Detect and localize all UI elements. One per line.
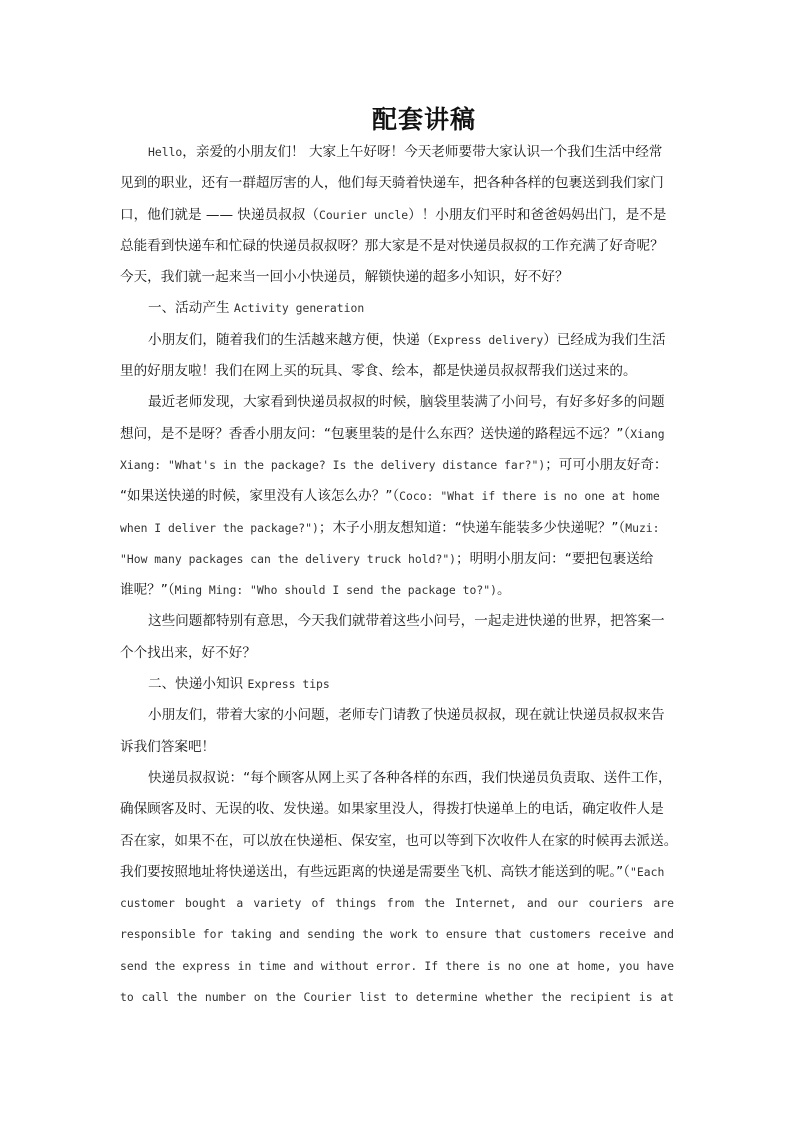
text-line: 最近老师发现，大家看到快递员叔叔的时候，脑袋里装满了小问号，有好多好多的问题: [120, 391, 690, 422]
chinese-text: 谁呢？”（: [120, 582, 175, 598]
text-line: 诉我们答案吧！: [120, 736, 690, 767]
chinese-text: 。: [497, 582, 511, 598]
english-text: Activity generation: [234, 301, 364, 315]
english-text: Xiang: [630, 427, 664, 441]
english-text: customer bought a variety of things from…: [120, 896, 674, 910]
text-line: 想问，是不是呀？香香小朋友问：“包裹里装的是什么东西？送快递的路程远不远？”（X…: [120, 423, 690, 454]
chinese-text: 里的好朋友啦！我们在网上买的玩具、零食、绘本，都是快递员叔叔帮我们送过来的。: [120, 363, 637, 379]
text-line: 里的好朋友啦！我们在网上买的玩具、零食、绘本，都是快递员叔叔帮我们送过来的。: [120, 360, 690, 391]
text-line: 口，他们就是 —— 快递员叔叔（Courier uncle）！小朋友们平时和爸爸…: [120, 204, 690, 235]
text-line: “如果送快递的时候，家里没有人该怎么办？”（Coco: "What if the…: [120, 485, 690, 516]
text-line: Hello，亲爱的小朋友们！ 大家上午好呀！今天老师要带大家认识一个我们生活中经…: [120, 141, 690, 172]
text-line: 今天，我们就一起来当一回小小快递员，解锁快递的超多小知识，好不好？: [120, 266, 690, 297]
chinese-text: 诉我们答案吧！: [120, 739, 215, 755]
chinese-text: 小朋友们，带着大家的小问题，老师专门请教了快递员叔叔，现在就让快递员叔叔来告: [148, 707, 665, 723]
chinese-text: ，亲爱的小朋友们！ 大家上午好呀！今天老师要带大家认识一个我们生活中经常: [182, 144, 662, 160]
english-text: Ming Ming: "Who should I send the packag…: [175, 583, 497, 597]
chinese-text: 一、活动产生: [148, 300, 234, 316]
text-line: to call the number on the Courier list t…: [120, 986, 674, 1017]
chinese-text: 这些问题都特别有意思，今天我们就带着这些小问号，一起走进快递的世界，把答案一: [148, 613, 665, 629]
lecture-script-body: Hello，亲爱的小朋友们！ 大家上午好呀！今天老师要带大家认识一个我们生活中经…: [120, 141, 690, 1017]
text-line: 否在家，如果不在，可以放在快递柜、保安室，也可以等到下次收件人在家的时候再去派送…: [120, 830, 690, 861]
english-text: "How many packages can the delivery truc…: [120, 552, 456, 566]
text-line: 小朋友们，随着我们的生活越来越方便，快递（Express delivery）已经…: [120, 329, 690, 360]
chinese-text: ）已经成为我们生活: [543, 332, 665, 348]
english-text: when I deliver the package?"): [120, 521, 319, 535]
english-text: Muzi:: [625, 521, 659, 535]
english-text: Express delivery: [433, 333, 543, 347]
text-line: 确保顾客及时、无误的收、发快递。如果家里没人，得拨打快递单上的电话，确定收件人是: [120, 798, 690, 829]
chinese-text: 确保顾客及时、无误的收、发快递。如果家里没人，得拨打快递单上的电话，确定收件人是: [120, 801, 664, 817]
english-text: Express tips: [247, 677, 329, 691]
text-line: responsible for taking and sending the w…: [120, 923, 674, 954]
text-line: send the express in time and without err…: [120, 955, 674, 986]
chinese-text: ；木子小朋友想知道：“快递车能装多少快递呢？”（: [319, 520, 625, 536]
text-line: 一、活动产生 Activity generation: [120, 297, 690, 328]
chinese-text: 否在家，如果不在，可以放在快递柜、保安室，也可以等到下次收件人在家的时候再去派送…: [120, 833, 677, 849]
text-line: customer bought a variety of things from…: [120, 892, 674, 923]
chinese-text: 见到的职业，还有一群超厉害的人，他们每天骑着快递车，把各种各样的包裹送到我们家门: [120, 175, 664, 191]
page-title: 配套讲稿: [0, 100, 794, 136]
english-text: to call the number on the Courier list t…: [120, 990, 674, 1004]
chinese-text: ）！小朋友们平时和爸爸妈妈出门，是不是: [408, 207, 666, 223]
chinese-text: “如果送快递的时候，家里没有人该怎么办？”（: [120, 488, 399, 504]
text-line: 二、快递小知识 Express tips: [120, 673, 690, 704]
text-line: when I deliver the package?")；木子小朋友想知道：“…: [120, 517, 690, 548]
english-text: Hello: [148, 145, 182, 159]
document-page: 配套讲稿 Hello，亲爱的小朋友们！ 大家上午好呀！今天老师要带大家认识一个我…: [0, 0, 794, 1123]
english-text: responsible for taking and sending the w…: [120, 927, 674, 941]
chinese-text: 我们要按照地址将快递送出，有些远距离的快递是需要坐飞机、高铁才能送到的呢。”（: [120, 864, 630, 880]
text-line: Xiang: "What's in the package? Is the de…: [120, 454, 690, 485]
chinese-text: 口，他们就是 —— 快递员叔叔（: [120, 207, 319, 223]
chinese-text: 今天，我们就一起来当一回小小快递员，解锁快递的超多小知识，好不好？: [120, 269, 569, 285]
chinese-text: 最近老师发现，大家看到快递员叔叔的时候，脑袋里装满了小问号，有好多好多的问题: [148, 394, 665, 410]
english-text: Courier uncle: [319, 208, 408, 222]
text-line: 总能看到快递车和忙碌的快递员叔叔呀？那大家是不是对快递员叔叔的工作充满了好奇呢？: [120, 235, 690, 266]
text-line: 快递员叔叔说：“每个顾客从网上买了各种各样的东西，我们快递员负责取、送件工作，: [120, 767, 690, 798]
english-text: Coco: "What if there is no one at home: [399, 489, 660, 503]
chinese-text: 二、快递小知识: [148, 676, 247, 692]
text-line: 小朋友们，带着大家的小问题，老师专门请教了快递员叔叔，现在就让快递员叔叔来告: [120, 704, 690, 735]
english-text: Xiang: "What's in the package? Is the de…: [120, 458, 545, 472]
chinese-text: 总能看到快递车和忙碌的快递员叔叔呀？那大家是不是对快递员叔叔的工作充满了好奇呢？: [120, 238, 664, 254]
chinese-text: 想问，是不是呀？香香小朋友问：“包裹里装的是什么东西？送快递的路程远不远？”（: [120, 426, 630, 442]
text-line: 谁呢？”（Ming Ming: "Who should I send the p…: [120, 579, 690, 610]
english-text: "Each: [630, 865, 664, 879]
text-line: 我们要按照地址将快递送出，有些远距离的快递是需要坐飞机、高铁才能送到的呢。”（"…: [120, 861, 690, 892]
chinese-text: 快递员叔叔说：“每个顾客从网上买了各种各样的东西，我们快递员负责取、送件工作，: [148, 770, 672, 786]
chinese-text: 个个找出来，好不好？: [120, 645, 256, 661]
english-text: send the express in time and without err…: [120, 959, 674, 973]
text-line: "How many packages can the delivery truc…: [120, 548, 690, 579]
text-line: 个个找出来，好不好？: [120, 642, 690, 673]
text-line: 见到的职业，还有一群超厉害的人，他们每天骑着快递车，把各种各样的包裹送到我们家门: [120, 172, 690, 203]
text-line: 这些问题都特别有意思，今天我们就带着这些小问号，一起走进快递的世界，把答案一: [120, 610, 690, 641]
chinese-text: 小朋友们，随着我们的生活越来越方便，快递（: [148, 332, 433, 348]
chinese-text: ；明明小朋友问：“要把包裹送给: [456, 551, 653, 567]
chinese-text: ；可可小朋友好奇：: [545, 457, 667, 473]
